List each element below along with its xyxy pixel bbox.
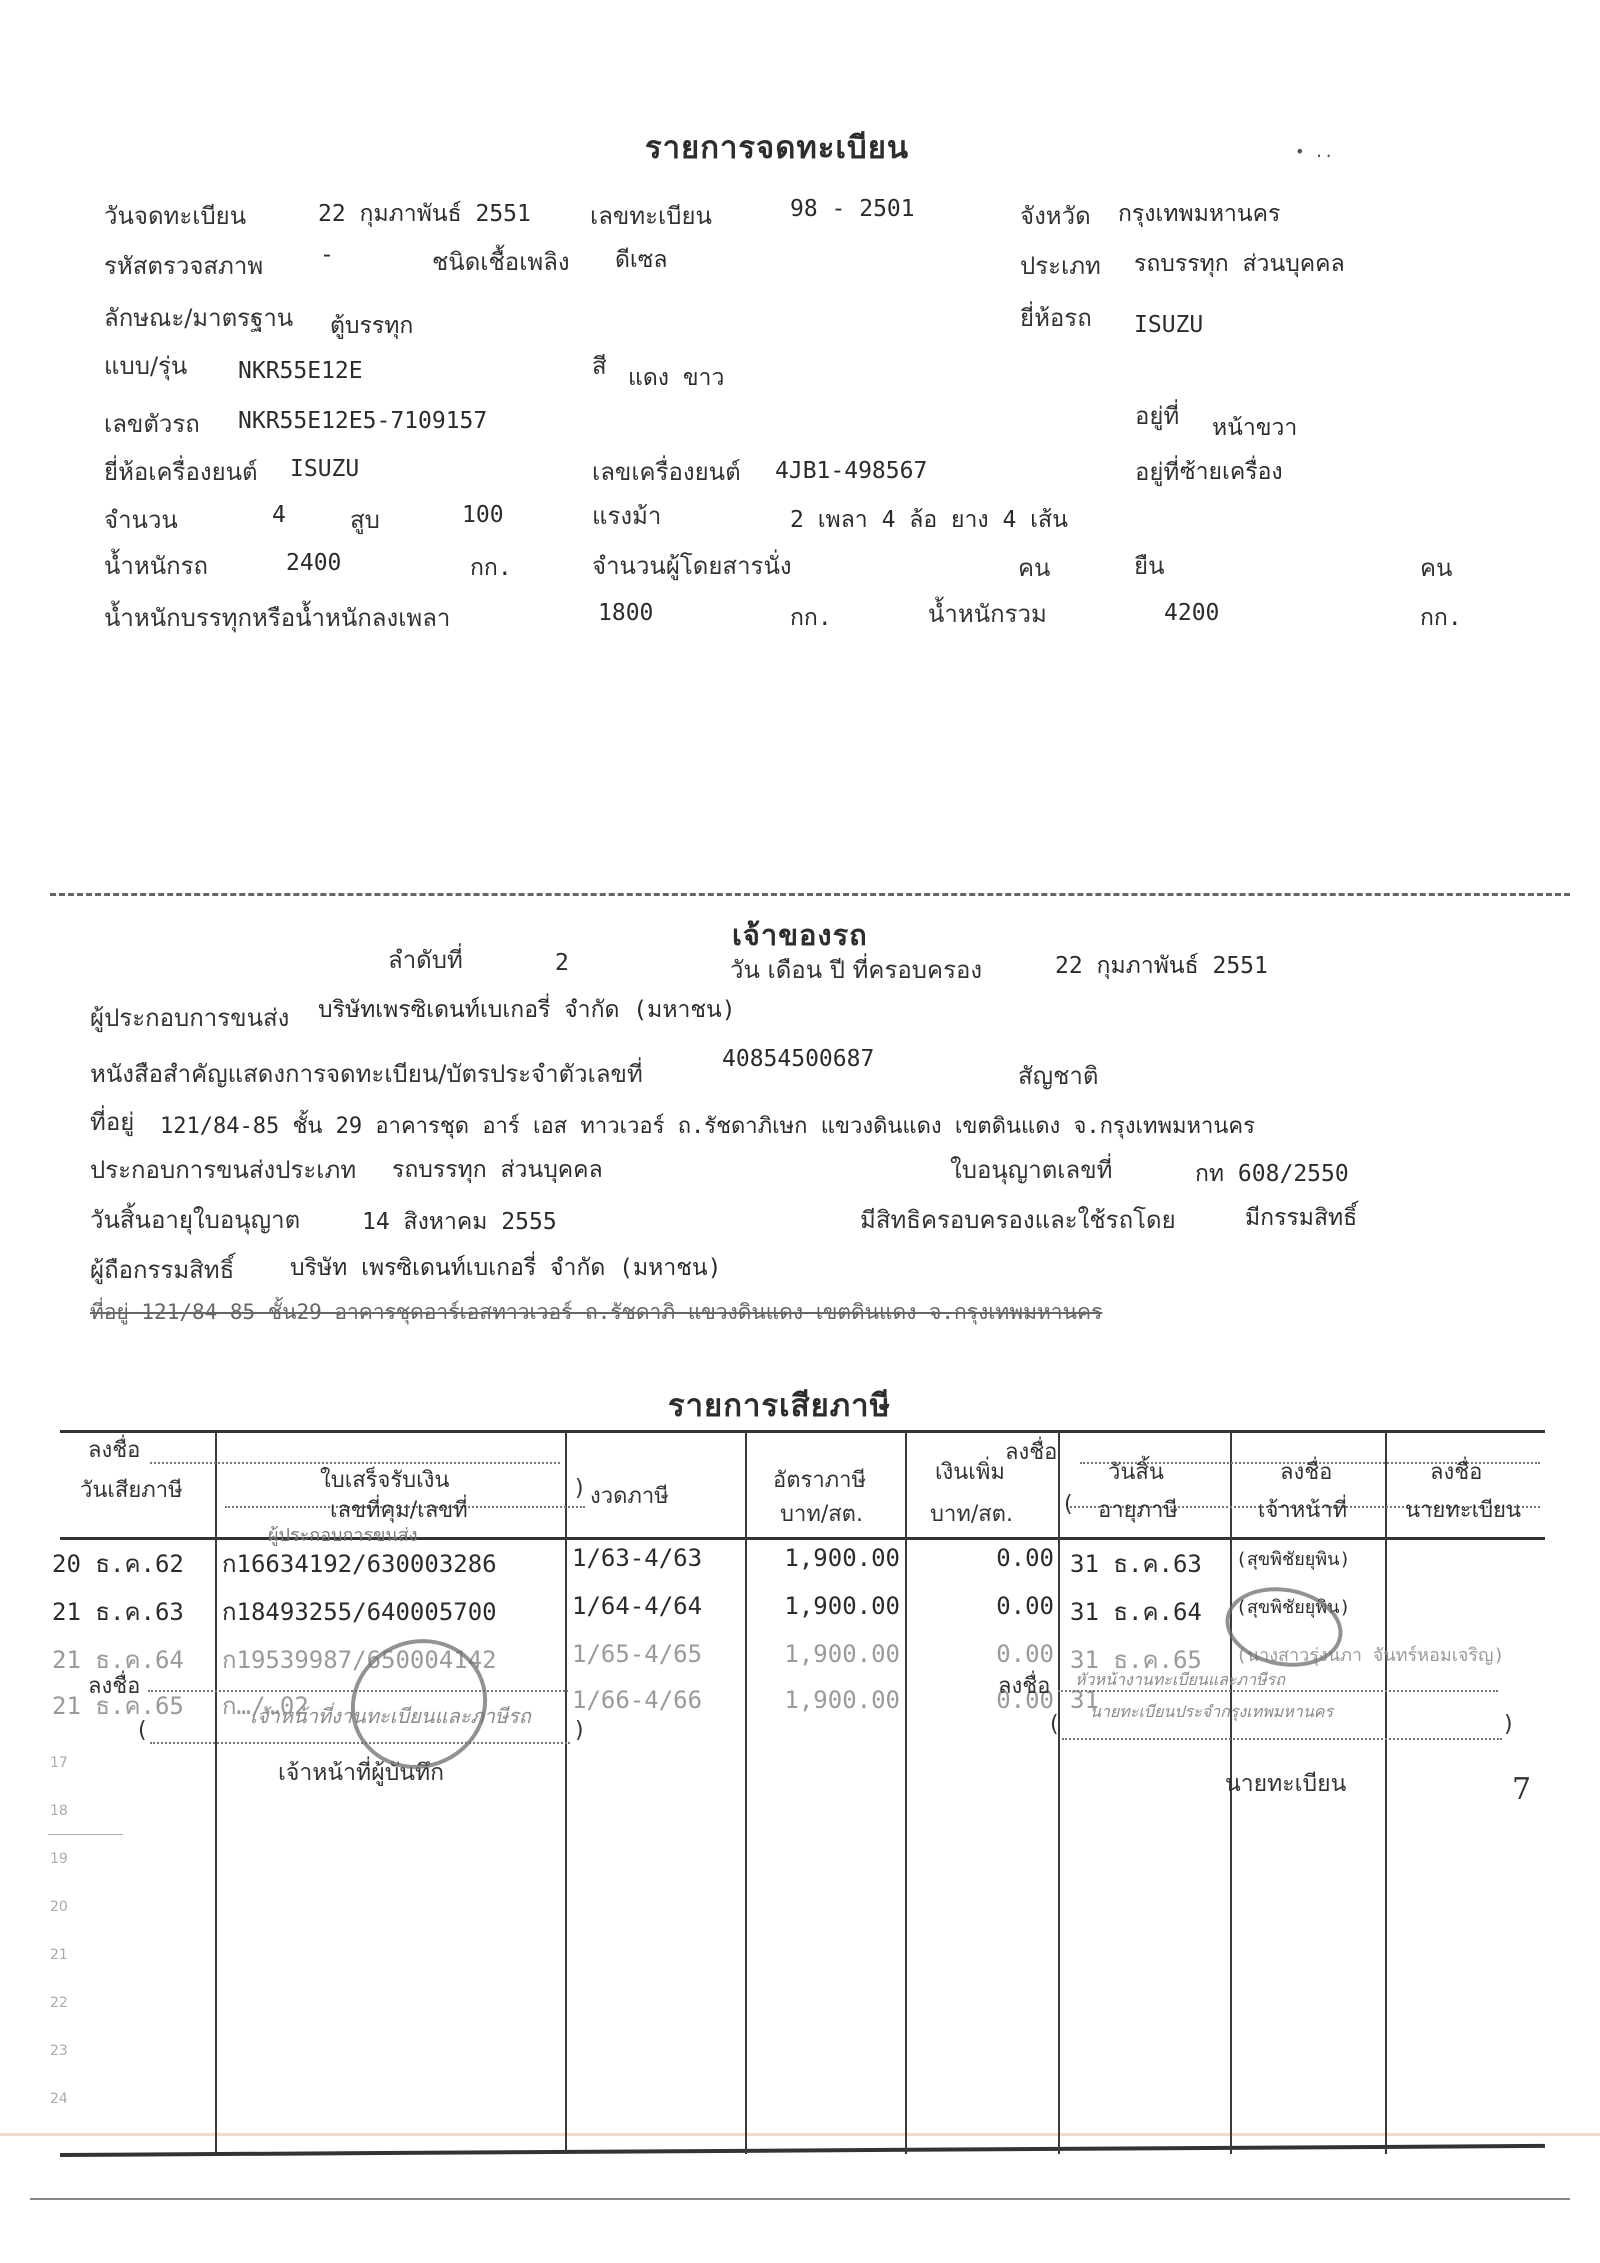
header-surcharge: เงินเพิ่ม [935,1454,1005,1489]
tax-cell-period: 1/64-4/64 [572,1592,702,1620]
row-number: 20 [50,1899,68,1915]
cylinder-unit: สูบ [350,500,380,539]
color-label: สี [592,346,607,385]
row-number: 23 [50,2043,68,2059]
tax-cell-rate: 1,900.00 [784,1686,900,1714]
license-exp-label: วันสิ้นอายุใบอนุญาต [90,1200,300,1239]
chassis-value: NKR55E12E5-7109157 [238,408,487,434]
license-exp-value: 14 สิงหาคม 2555 [362,1204,557,1240]
chassis-loc-value: หน้าขวา [1212,410,1297,446]
tax-cell-period: 1/66-4/66 [572,1686,702,1714]
standing-label: ยืน [1134,546,1164,585]
seq-value: 2 [555,950,569,976]
header-officer: เจ้าหน้าที่ [1258,1492,1347,1527]
brand-value: ISUZU [1134,312,1203,338]
id-value: 40854500687 [722,1046,874,1072]
scan-crease [0,2133,1600,2136]
left-sign-label: ลงชื่อ [88,1668,140,1703]
engine-loc-label: อยู่ที่ [1135,452,1179,491]
engine-no-label: เลขเครื่องยนต์ [592,452,741,491]
license-label: ใบอนุญาตเลขที่ [950,1150,1112,1189]
paren-open: ( [138,1718,147,1743]
paren-close: ) [1504,1712,1513,1737]
seq-label: ลำดับที่ [388,940,463,979]
holder-label: ผู้ถือกรรมสิทธิ์ [90,1250,234,1289]
color-value: แดง ขาว [628,360,724,396]
row-number: 18 [50,1803,68,1819]
op-type-label: ประกอบการขนส่งประเภท [90,1150,356,1189]
load-value: 1800 [598,600,653,626]
fuel-label: ชนิดเชื้อเพลิง [432,242,570,281]
axles-value: 2 เพลา 4 ล้อ ยาง 4 เส้น [790,502,1068,538]
signature-dotted-line [1062,1738,1502,1740]
inspection-code-label: รหัสตรวจสภาพ [104,246,263,285]
header-registrar: นายทะเบียน [1405,1492,1521,1527]
short-rule [48,1834,123,1835]
tax-cell-rate: 1,900.00 [784,1544,900,1572]
chassis-label: เลขตัวรถ [104,404,200,443]
header-pay-date: วันเสียภาษี [80,1472,183,1507]
fuel-value: ดีเซล [615,242,668,278]
holder-value: บริษัท เพรซิเดนท์เบเกอรี่ จำกัด (มหาชน) [290,1250,721,1286]
header-registrar-sign: ลงชื่อ [1430,1454,1482,1489]
gross-value: 4200 [1164,600,1219,626]
tax-title: รายการเสียภาษี [668,1380,891,1430]
tax-cell-receipt: ก18493255/640005700 [222,1592,497,1631]
tax-cell-receipt: ก16634192/630003286 [222,1544,497,1583]
tax-cell-date: 21 ธ.ค.63 [52,1592,184,1631]
section-separator [50,893,1570,896]
header-expiry-sub: อายุภาษี [1098,1492,1178,1527]
reg-date-label: วันจดทะเบียน [104,196,246,235]
right-sign-name: หัวหน้างานทะเบียนและภาษีรถ [1075,1668,1285,1693]
engine-brand-value: ISUZU [290,456,359,482]
paren-open: ( [1050,1712,1059,1737]
plate-label: เลขทะเบียน [590,196,712,235]
address-label: ที่อยู่ [90,1102,134,1141]
header-expiry: วันสิ้น [1108,1454,1164,1489]
weight-unit: กก. [470,550,512,586]
inspection-code-value: - [320,242,334,268]
scan-speck: • .. [1295,142,1334,161]
standing-unit: คน [1420,548,1452,587]
body-label: ลักษณะ/มาตรฐาน [104,298,293,337]
possess-date-value: 22 กุมภาพันธ์ 2551 [1055,948,1268,984]
struck-address: ที่อยู่ 121/84-85 ชั้น29 อาคารชุดอาร์เอส… [90,1296,1102,1329]
col-divider [745,1432,747,2154]
col-divider [1385,1432,1387,2154]
nationality-label: สัญชาติ [1018,1056,1098,1095]
brand-label: ยี่ห้อรถ [1020,298,1092,337]
row-number: 24 [50,2091,68,2107]
reg-date-value: 22 กุมภาพันธ์ 2551 [318,196,531,232]
possess-date-label: วัน เดือน ปี ที่ครอบครอง [730,950,982,989]
header-officer-sign: ลงชื่อ [1280,1454,1332,1489]
weight-value: 2400 [286,550,341,576]
tax-cell-period: 1/63-4/63 [572,1544,702,1572]
load-label: น้ำหนักบรรทุกหรือน้ำหนักลงเพลา [104,598,450,637]
province-value: กรุงเทพมหานคร [1118,196,1280,232]
tax-cell-rate: 1,900.00 [784,1592,900,1620]
tax-cell-surcharge: 0.00 [996,1544,1054,1572]
tax-cell-surcharge: 0.00 [996,1640,1054,1668]
province-label: จังหวัด [1020,196,1091,235]
operator-value: บริษัทเพรซิเดนท์เบเกอรี่ จำกัด (มหาชน) [318,992,736,1028]
engine-loc-value: ซ้ายเครื่อง [1180,454,1283,490]
right-caption: นายทะเบียน [1225,1766,1346,1802]
page-bottom-rule [30,2198,1570,2200]
horsepower-unit: แรงม้า [592,496,661,535]
gross-unit: กก. [1420,600,1462,636]
weight-label: น้ำหนักรถ [104,546,208,585]
operator-label: ผู้ประกอบการขนส่ง [90,998,289,1037]
tax-cell-surcharge: 0.00 [996,1592,1054,1620]
header-surcharge-unit: บาท/สต. [930,1496,1013,1531]
row-number: 17 [50,1755,68,1771]
op-type-value: รถบรรทุก ส่วนบุคคล [392,1152,603,1188]
model-value: NKR55E12E [238,358,363,384]
col-divider [565,1432,567,2154]
page-number: 7 [1512,1772,1531,1807]
engine-brand-label: ยี่ห้อเครื่องยนต์ [104,452,258,491]
tax-cell-officer: (สุขพิชัยยุพิน) [1236,1544,1350,1573]
tax-cell-expiry: 31 ธ.ค.63 [1070,1544,1202,1583]
col-divider [215,1432,217,2154]
license-value: กท 608/2550 [1195,1156,1349,1192]
row-number: 22 [50,1995,68,2011]
tax-cell-rate: 1,900.00 [784,1640,900,1668]
engine-no-value: 4JB1-498567 [775,458,927,484]
rights-label: มีสิทธิครอบครองและใช้รถโดย [860,1200,1176,1239]
header-sign-overlay: ลงชื่อ [1005,1434,1057,1469]
header-period: งวดภาษี [590,1478,669,1513]
plate-value: 98 - 2501 [790,196,915,222]
col-divider [1058,1432,1060,2154]
row-number: 19 [50,1851,68,1867]
horsepower-value: 100 [462,502,504,528]
registration-title: รายการจดทะเบียน [645,122,909,172]
signature-dotted-line [150,1742,570,1744]
right-sign-sub: นายทะเบียนประจำกรุงเทพมหานคร [1090,1700,1333,1725]
chassis-loc-label: อยู่ที่ [1135,396,1179,435]
passengers-unit: คน [1018,548,1050,587]
row-number: 21 [50,1947,68,1963]
id-label: หนังสือสำคัญแสดงการจดทะเบียน/บัตรประจำตั… [90,1054,643,1093]
address-value: 121/84-85 ชั้น 29 อาคารชุด อาร์ เอส ทาวเ… [160,1108,1255,1143]
rights-value: มีกรรมสิทธิ์ [1245,1200,1357,1236]
gross-label: น้ำหนักรวม [928,594,1047,633]
tax-cell-period: 1/65-4/65 [572,1640,702,1668]
tax-cell-date: 20 ธ.ค.62 [52,1544,184,1583]
header-rate: อัตราภาษี [773,1462,866,1497]
table-top-rule [60,1430,1545,1433]
right-sign-label: ลงชื่อ [998,1668,1050,1703]
type-value: รถบรรทุก ส่วนบุคคล [1134,246,1345,282]
header-sign: ลงชื่อ [88,1432,140,1467]
count-label: จำนวน [104,500,178,539]
header-rate-unit: บาท/สต. [780,1496,863,1531]
model-label: แบบ/รุ่น [104,346,187,385]
type-label: ประเภท [1020,246,1101,285]
paren-open: ( [1064,1492,1073,1517]
paren-open: ) [575,1476,584,1501]
paren-close: ) [575,1718,584,1743]
passengers-label: จำนวนผู้โดยสารนั่ง [592,546,792,585]
table-bottom-rule [60,2144,1545,2157]
col-divider [905,1432,907,2154]
load-unit: กก. [790,600,832,636]
cylinders-value: 4 [272,502,286,528]
body-value: ตู้บรรทุก [330,308,413,344]
tax-cell-expiry: 31 ธ.ค.64 [1070,1592,1202,1631]
